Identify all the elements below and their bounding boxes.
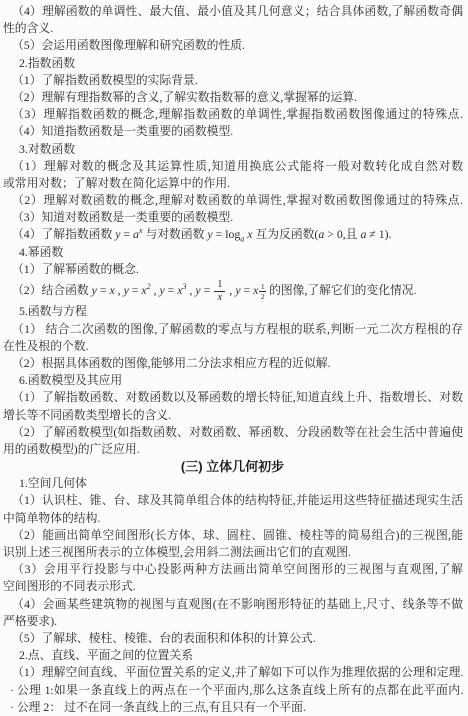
subsection-title: 3.对数函数 — [2, 141, 463, 158]
document-text-line: 识别上述三视图所表示的立体模型,会用斜二测法画出它们的直观图. — [2, 544, 463, 561]
text-segment: = — [165, 283, 178, 297]
text-segment: > 0,且 — [324, 227, 360, 241]
document-text-line: （4）知道指数函数是一类重要的函数模型. — [2, 123, 463, 140]
fraction-denominator: 2 — [261, 292, 265, 301]
document-text-line: （2）能画出简单空间图形(长方体、球、圆柱、圆锥、棱柱等的简易组合)的三视图,能 — [2, 527, 463, 544]
document-text-line: （1）认识柱、锥、台、球及其简单组合体的结构特征,并能运用这些特征描述现实生活 — [2, 492, 463, 509]
document-text-line: （2）理解有理指数幂的含义,了解实数指数幂的意义,掌握幂的运算. — [2, 89, 463, 106]
subsection-title: 2.指数函数 — [2, 55, 463, 72]
text-segment: = — [129, 283, 142, 297]
document-text-line: （3）理解指数函数的概念,理解指数函数的单调性,掌握指数函数图像通过的特殊点. — [2, 106, 463, 123]
document-text-line: 严格要求). — [2, 613, 463, 630]
document-text-line: （1）了解幂函数的概念. — [2, 261, 463, 278]
section-heading: (三) 立体几何初步 — [2, 458, 463, 475]
text-segment: = — [201, 283, 214, 297]
text-segment: 与对数函数 — [143, 227, 208, 241]
subsection-title: 1.空间几何体 — [2, 475, 463, 492]
subsection-title: 5.函数与方程 — [2, 303, 463, 320]
document-text-line: （5）了解球、棱柱、棱锥、台的表面积和体积的计算公式. — [2, 630, 463, 647]
document-text-line: 或常用对数；了解对数在简化运算中的作用. — [2, 175, 463, 192]
document-text-line: 在性及根的个数. — [2, 338, 463, 355]
text-segment: 的图像,了解它们的变化情况. — [266, 283, 416, 297]
text-segment: （4）了解指数函数 — [12, 227, 115, 241]
text-segment: （2）结合函数 — [12, 283, 92, 297]
subsection-title: 6.函数模型及其应用 — [2, 372, 463, 389]
document-text-line: （1）理解对数的概念及其运算性质,知道用换底公式能将一般对数转化成自然对数 — [2, 158, 463, 175]
document-text-line: （4）理解函数的单调性、最大值、最小值及其几何意义；结合具体函数,了解函数奇偶 — [2, 3, 463, 20]
math-variable: x — [253, 283, 258, 297]
text-segment: = — [241, 283, 254, 297]
subsection-title: 4.幂函数 — [2, 244, 463, 261]
document-text-line: （1） 结合二次函数的图像,了解函数的零点与方程根的联系,判断一元二次方程根的存 — [2, 321, 463, 338]
document-text-line: 用的函数模型)的广泛应用. — [2, 441, 463, 458]
document-text-line: 中简单物体的结构. — [2, 510, 463, 527]
document-text-line: （2）结合函数 y = x , y = x2 , y = x3 , y = 1x… — [2, 278, 463, 303]
document-text-line: 增长等不同函数类型增长的含义. — [2, 407, 463, 424]
math-fraction: 1x — [214, 279, 225, 304]
document-text-line: 性的含义. — [2, 20, 463, 37]
document-text-line: （3）知道对数函数是一类重要的函数模型. — [2, 209, 463, 226]
fraction-denominator: x — [218, 292, 223, 304]
text-segment: = — [97, 283, 110, 297]
document-page: （4）理解函数的单调性、最大值、最小值及其几何意义；结合具体函数,了解函数奇偶性… — [0, 0, 468, 716]
document-text-line: （4）了解指数函数 y = ax 与对数函数 y = loga x 互为反函数(… — [2, 226, 463, 243]
subsection-title: 2.点、直线、平面之间的位置关系 — [2, 647, 463, 664]
text-segment: = log — [213, 227, 241, 241]
document-text-line: （2）根据具体函数的图像,能够用二分法求相应方程的近似解. — [2, 355, 463, 372]
text-segment: , — [226, 283, 235, 297]
fraction-numerator: 1 — [214, 279, 225, 292]
text-segment: , — [115, 283, 124, 297]
text-segment: = — [120, 227, 133, 241]
axiom-bullet-line: · 公理 2： 过不在同一条直线上的三点,有且只有一个平面. — [2, 699, 463, 716]
text-segment: 互为反函数( — [253, 227, 319, 241]
document-text-line: （5）会运用函数图像理解和研究函数的性质. — [2, 37, 463, 54]
document-text-line: （2）了解函数模型(如指数函数、对数函数、幂函数、分段函数等在社会生活中普遍使 — [2, 424, 463, 441]
document-text-line: （1）了解指数函数模型的实际背景. — [2, 72, 463, 89]
document-text-line: （2）理解对数函数的概念,理解对数函数的单调性,掌握对数函数图像通过的特殊点. — [2, 192, 463, 209]
text-segment: ≠ 1). — [366, 227, 391, 241]
document-text-line: （1）理解空间直线、平面位置关系的定义,并了解如下可以作为推理依据的公理和定理. — [2, 664, 463, 681]
axiom-bullet-line: · 公理 1:如果一条直线上的两点在一个平面内,那么这条直线上所有的点都在此平面… — [2, 682, 463, 699]
document-text-line: （4）会画某些建筑物的视图与直观图(在不影响图形特征的基础上,尺寸、线条等不做 — [2, 596, 463, 613]
document-text-line: 空间图形的不同表示形式. — [2, 578, 463, 595]
document-text-line: （3）会用平行投影与中心投影两种方法画出简单空间图形的三视图与直观图,了解 — [2, 561, 463, 578]
document-body: （4）理解函数的单调性、最大值、最小值及其几何意义；结合具体函数,了解函数奇偶性… — [2, 3, 463, 716]
document-text-line: （1）了解指数函数、对数函数以及幂函数的增长特征,知道直线上升、指数增长、对数 — [2, 389, 463, 406]
